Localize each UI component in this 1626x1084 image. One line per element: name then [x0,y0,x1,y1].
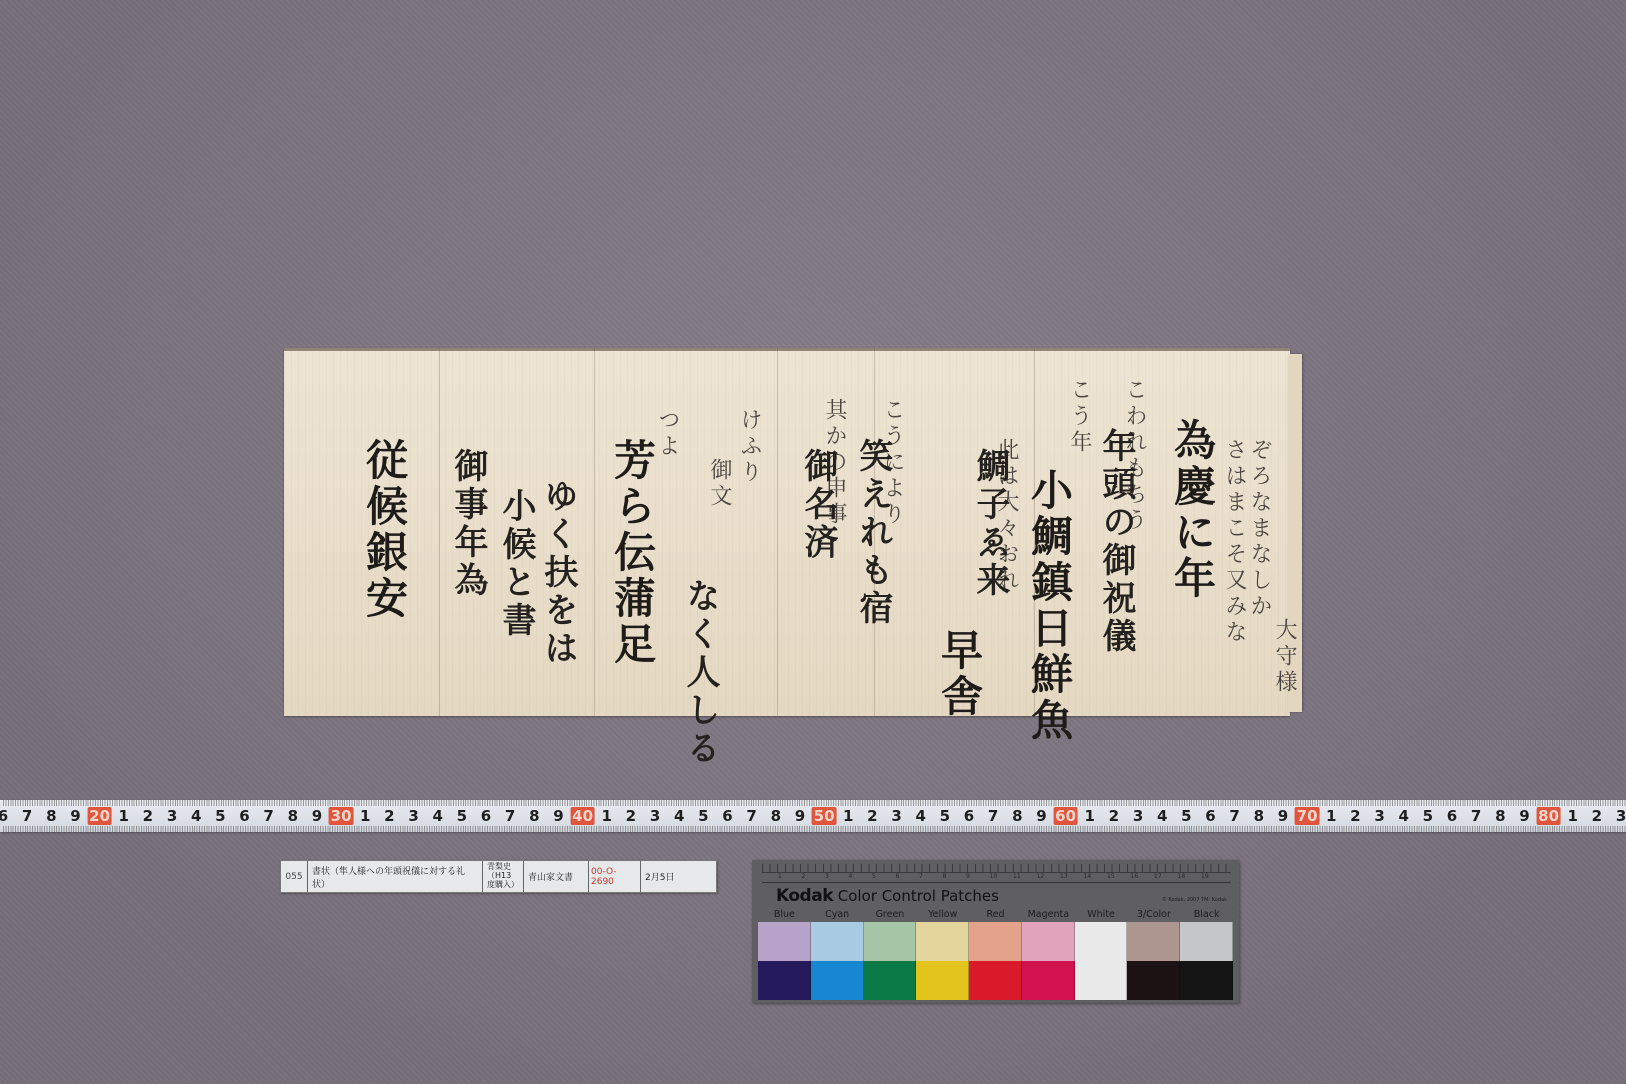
ruler-cm-label: 5 [698,807,708,825]
calligraphy-column: こう年 [1064,378,1095,456]
ruler-cm-label: 7 [263,807,273,825]
ruler-decade-label: 20 [87,807,112,825]
catalog-label-strip: 055 書状（隼人様への年頭祝儀に対する礼状） 青梨史（H13度購入） 青山家文… [280,860,717,893]
card-cm-label: 6 [896,873,900,880]
ruler-cm-label: 9 [1036,807,1046,825]
card-cm-label: 15 [1107,873,1115,880]
measuring-tape-ruler: 6789201234567893012345678940123456789501… [0,800,1626,832]
ruler-cm-label: 9 [1519,807,1529,825]
ruler-cm-label: 8 [46,807,56,825]
patch-dark-green [864,961,917,1000]
calligraphy-column: 御文 [704,458,735,510]
card-brand: Kodak [776,886,833,906]
ruler-cm-label: 6 [1447,807,1457,825]
ruler-cm-label: 3 [408,807,418,825]
patch-light-red [969,922,1022,961]
ruler-ticks-bottom [3,826,1626,832]
card-cm-label: 17 [1154,873,1162,880]
ruler-cm-label: 5 [215,807,225,825]
ruler-cm-label: 3 [650,807,660,825]
ruler-cm-label: 2 [1350,807,1360,825]
calligraphy-column: 小候と書 [492,488,541,640]
card-cm-label: 18 [1178,873,1186,880]
ruler-cm-label: 1 [602,807,612,825]
patch-light-white [1075,922,1128,1000]
patch-light-black [1180,922,1233,961]
ruler-cm-label: 5 [1423,807,1433,825]
catalog-date: 2月5日 [641,861,716,892]
patch-light-blue [758,922,811,961]
ruler-cm-label: 5 [1181,807,1191,825]
ruler-cm-label: 7 [746,807,756,825]
card-cm-label: 3 [825,873,829,880]
patch-dark-black [1180,961,1233,1000]
ruler-cm-label: 8 [771,807,781,825]
card-cm-label: 16 [1131,873,1139,880]
calligraphy-column: 御名済 [794,448,843,562]
card-inch-scale [762,864,1231,873]
ruler-cm-label: 9 [70,807,80,825]
catalog-source: 青梨史（H13度購入） [483,861,524,892]
card-cm-label: 1 [778,873,782,880]
ruler-cm-label: 2 [143,807,153,825]
ruler-cm-label: 2 [1592,807,1602,825]
ruler-cm-label: 6 [0,807,8,825]
patch-dark-blue [758,961,811,1000]
ruler-ticks-top [3,800,1626,806]
ruler-cm-label: 8 [1254,807,1264,825]
ruler-cm-label: 1 [360,807,370,825]
ruler-decade-label: 50 [812,807,837,825]
calligraphy-column: さはまこそ又みな [1219,438,1250,646]
ruler-cm-label: 1 [1326,807,1336,825]
ruler-cm-label: 5 [940,807,950,825]
ruler-cm-label: 1 [843,807,853,825]
card-cm-label: 8 [943,873,947,880]
patch-dark-yellow [916,961,969,1000]
patch-light-cyan [811,922,864,961]
ruler-cm-label: 7 [1229,807,1239,825]
ruler-cm-label: 1 [1085,807,1095,825]
card-cm-label: 11 [1013,873,1021,880]
ruler-cm-label: 6 [1205,807,1215,825]
patch-dark-magenta [1022,961,1075,1000]
ruler-cm-label: 8 [1012,807,1022,825]
ruler-cm-label: 7 [988,807,998,825]
calligraphy-column: 御事年為 [444,448,493,600]
card-cm-label: 2 [802,873,806,880]
patch-name-red: Red [969,909,1022,920]
ruler-cm-label: 1 [119,807,129,825]
ruler-cm-label: 2 [384,807,394,825]
ruler-cm-label: 9 [312,807,322,825]
color-patches [758,922,1233,1000]
ruler-cm-label: 4 [915,807,925,825]
card-cm-label: 9 [966,873,970,880]
card-cm-label: 5 [872,873,876,880]
ruler-decade-label: 30 [329,807,354,825]
ruler-cm-label: 6 [239,807,249,825]
calligraphy-column: 小鯛鎮日鮮魚 [1019,468,1079,744]
patch-names: BlueCyanGreenYellowRedMagentaWhite3/Colo… [758,909,1233,920]
calligraphy-column: けふり [734,408,765,486]
catalog-title: 書状（隼人様への年頭祝儀に対する礼状） [308,861,483,892]
patch-light-green [864,922,917,961]
patch-light-3-color [1127,922,1180,961]
ruler-cm-label: 7 [1471,807,1481,825]
calligraphy-column: なく人しる [676,578,725,768]
catalog-number: 055 [281,861,308,892]
patch-name-yellow: Yellow [916,909,969,920]
patch-name-white: White [1075,909,1128,920]
calligraphy-column: 芳ら伝蒲足 [602,438,662,668]
calligraphy-column: 大守様 [1269,618,1300,696]
calligraphy-column: 年頭の御祝儀 [1092,428,1141,656]
patch-name-blue: Blue [758,909,811,920]
patch-dark-red [969,961,1022,1000]
ruler-cm-label: 7 [22,807,32,825]
ruler-cm-label: 3 [167,807,177,825]
card-cm-label: 10 [990,873,998,880]
card-cm-label: 14 [1084,873,1092,880]
ruler-cm-label: 9 [553,807,563,825]
document-fold-line [777,348,778,716]
patch-dark-3-color [1127,961,1180,1000]
calligraphy-column: 為慶に年 [1162,418,1222,602]
ruler-cm-label: 5 [457,807,467,825]
kodak-color-control-card: 12345678910111213141516171819 Kodak Colo… [752,860,1239,1003]
card-cm-label: 7 [919,873,923,880]
document-fold-line [594,348,595,716]
ruler-cm-label: 3 [891,807,901,825]
ruler-cm-label: 6 [722,807,732,825]
card-cm-label: 13 [1060,873,1068,880]
ruler-cm-label: 4 [191,807,201,825]
card-cm-label: 19 [1201,873,1209,880]
ruler-cm-label: 4 [674,807,684,825]
patch-name-green: Green [864,909,917,920]
document-fold-line [439,348,440,716]
ruler-cm-label: 3 [1133,807,1143,825]
ruler-decade-label: 80 [1536,807,1561,825]
ruler-cm-label: 2 [867,807,877,825]
ruler-cm-label: 9 [795,807,805,825]
ruler-cm-label: 1 [1568,807,1578,825]
card-cm-label: 4 [849,873,853,880]
patch-name-black: Black [1180,909,1233,920]
patch-light-yellow [916,922,969,961]
calligraphy-column: 笑えれも宿 [849,438,898,628]
calligraphy-column: 従候銀安 [354,438,414,622]
ruler-cm-label: 8 [529,807,539,825]
patch-name-cyan: Cyan [811,909,864,920]
patch-name-3-color: 3/Color [1127,909,1180,920]
ruler-cm-label: 6 [964,807,974,825]
ruler-decade-label: 40 [570,807,595,825]
card-title-text: Color Control Patches [838,887,999,905]
calligraphy-column: 鯛子ゑ来 [966,448,1015,600]
ruler-cm-label: 2 [626,807,636,825]
ruler-cm-label: 4 [1157,807,1167,825]
card-copyright: © Kodak, 2007 TM: Kodak [1162,897,1227,903]
catalog-collection: 青山家文書 [524,861,589,892]
card-ruler: 12345678910111213141516171819 [762,864,1231,883]
patch-name-magenta: Magenta [1022,909,1075,920]
card-cm-label: 12 [1037,873,1045,880]
calligraphy-column: ゆく扶をは [534,478,583,668]
ruler-cm-label: 8 [1495,807,1505,825]
ruler-decade-label: 60 [1053,807,1078,825]
ruler-cm-label: 6 [481,807,491,825]
patch-light-magenta [1022,922,1075,961]
ruler-cm-label: 7 [505,807,515,825]
patch-dark-cyan [811,961,864,1000]
ruler-cm-label: 4 [1398,807,1408,825]
ruler-cm-label: 3 [1374,807,1384,825]
document-top-edge [284,348,1290,351]
historical-letter-document: 大守様ぞろなまなしかさはまこそ又みな為慶に年こわれもちう年頭の御祝儀こう年小鯛鎮… [284,348,1290,716]
calligraphy-column: 早舎 [929,628,989,720]
ruler-cm-label: 3 [1616,807,1626,825]
ruler-cm-label: 9 [1278,807,1288,825]
ruler-cm-label: 4 [432,807,442,825]
ruler-cm-label: 2 [1109,807,1119,825]
catalog-id: 00-O-2690 [589,861,641,892]
ruler-cm-label: 8 [288,807,298,825]
card-title: Kodak Color Control Patches [776,886,999,906]
ruler-decade-label: 70 [1295,807,1320,825]
